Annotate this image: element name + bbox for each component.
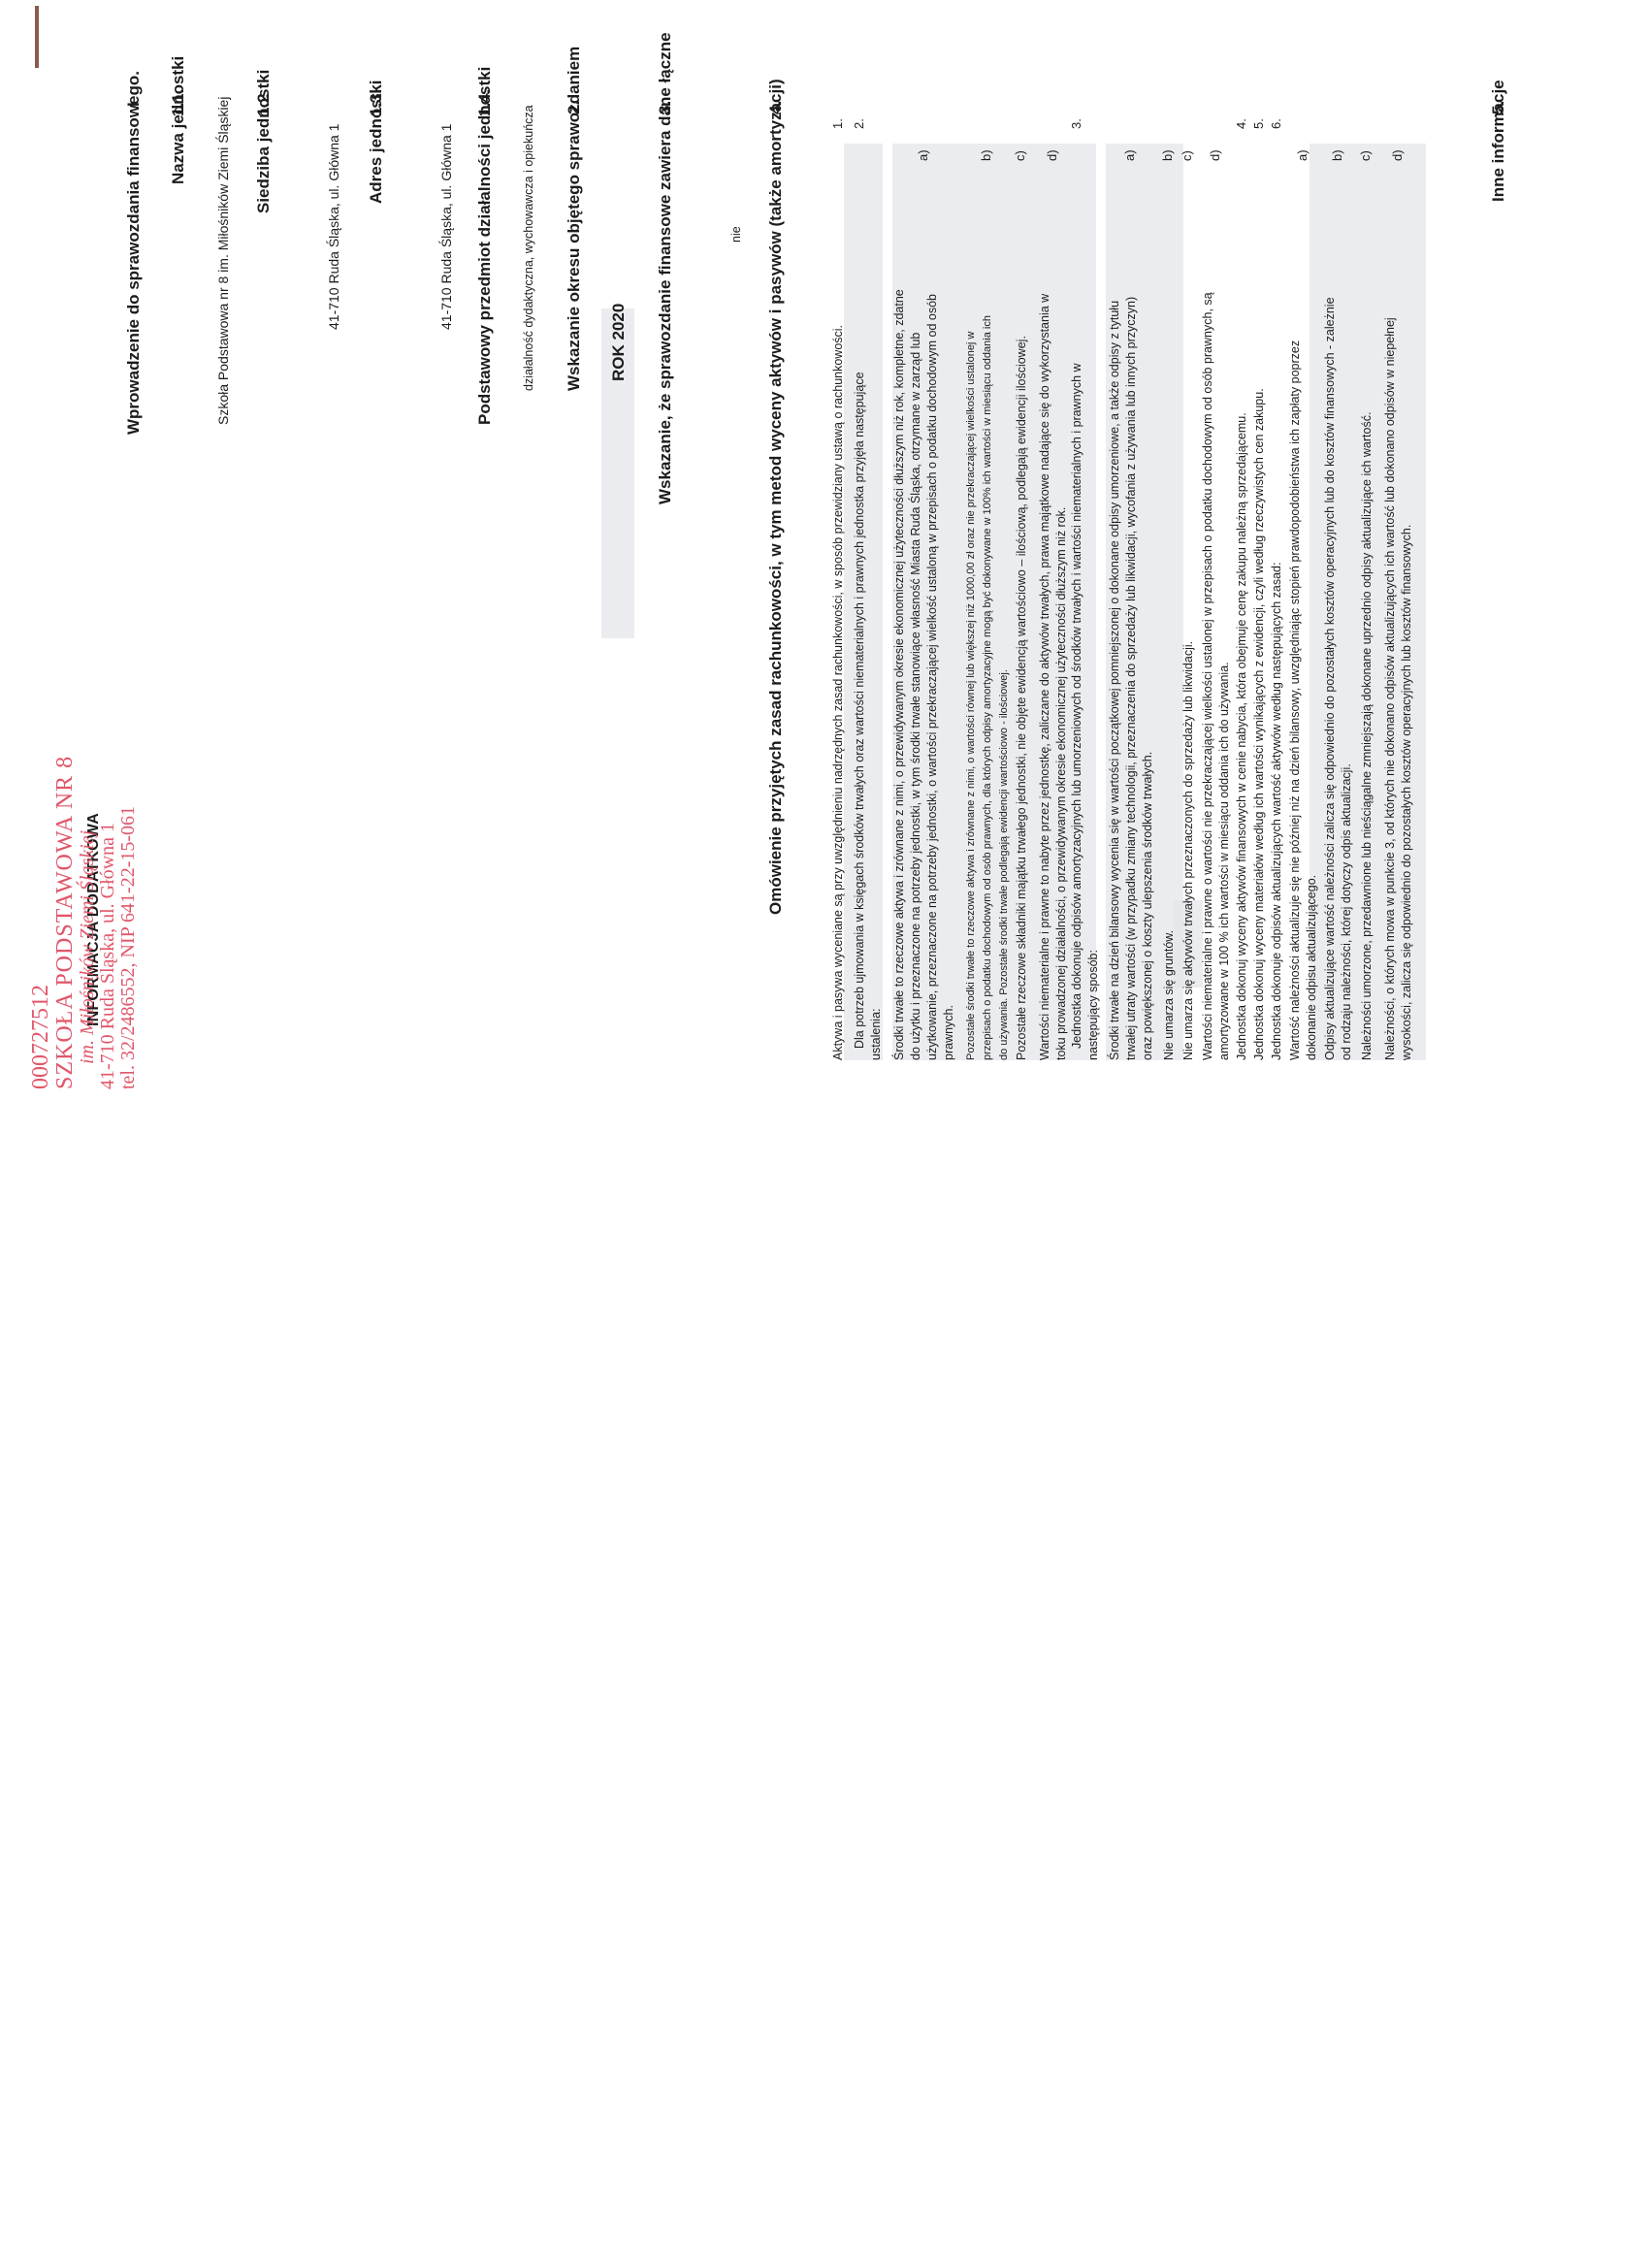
- section-heading: Wprowadzenie do sprawozdania finansowego…: [124, 71, 144, 435]
- sub-item-text: Nie umarza się gruntów.: [1160, 930, 1178, 1060]
- stamp-patron: im. Miłośników Ziemi Śląskiej: [78, 756, 98, 1089]
- sub-item-text: do użytku i przeznaczone na potrzeby jed…: [907, 333, 924, 1060]
- section-heading: Nazwa jednostki: [169, 56, 188, 184]
- sub-item-text: Wartość należności aktualizuje się nie p…: [1286, 340, 1304, 1060]
- sub-item-text: amortyzowane w 100 % ich wartości w mies…: [1215, 662, 1233, 1060]
- list-number: 6.: [1269, 118, 1283, 129]
- sub-item-text: Należności, o których mowa w punkcie 3, …: [1381, 317, 1399, 1060]
- sub-item-text: oraz powiększonej o koszty ulepszenia śr…: [1139, 752, 1156, 1060]
- sub-item-label: d): [1208, 149, 1222, 161]
- sub-item-label: a): [916, 149, 930, 161]
- unit-address-value: 41-710 Ruda Śląska, ul. Główna 1: [438, 124, 454, 330]
- list-item-text: Jednostka dokonuje odpisów amortyzacyjny…: [1068, 363, 1085, 1049]
- unit-seat-value: 41-710 Ruda Śląska, ul. Główna 1: [326, 124, 341, 330]
- sub-item-text: Pozostałe środki trwałe to rzeczowe akty…: [962, 332, 980, 1060]
- list-number: 3.: [1069, 118, 1083, 129]
- school-stamp: 000727512 SZKOŁA PODSTAWOWA NR 8 im. Mił…: [29, 756, 139, 1089]
- sub-item-text: Pozostałe rzeczowe składniki majątku trw…: [1013, 336, 1030, 1060]
- stamp-name: SZKOŁA PODSTAWOWA NR 8: [53, 756, 78, 1089]
- sub-item-label: c): [1013, 150, 1027, 161]
- document-page-rotated: INFORMACJA DODATKOWA 000727512 SZKOŁA PO…: [0, 0, 1649, 2268]
- sub-item-label: d): [1390, 149, 1405, 161]
- section-heading: Podstawowy przedmiot działalności jednos…: [475, 67, 495, 425]
- list-number: 1.: [830, 118, 845, 129]
- list-number: 2.: [852, 118, 866, 129]
- sub-item-label: b): [1160, 149, 1175, 161]
- sub-item-text: Środki trwałe na dzień bilansowy wycenia…: [1106, 301, 1123, 1060]
- sub-item-text: do używania. Pozostałe środki trwałe pod…: [995, 669, 1013, 1060]
- activity-value: działalność dydaktyczna, wychowawcza i o…: [522, 105, 535, 391]
- sub-item-label: b): [1330, 149, 1344, 161]
- sub-item-text: Wartości niematerialne i prawne to nabyt…: [1036, 294, 1053, 1060]
- sub-item-label: b): [979, 149, 993, 161]
- sub-item-text: użytkowanie, przeznaczone na potrzeby je…: [923, 294, 941, 1060]
- list-number: 5.: [1251, 118, 1266, 129]
- stamp-regon: 000727512: [29, 756, 53, 1089]
- list-item-text: następujący sposób:: [1084, 950, 1102, 1060]
- scanned-page: INFORMACJA DODATKOWA 000727512 SZKOŁA PO…: [0, 0, 1649, 2268]
- sub-item-text: Środki trwałe to rzeczowe aktywa i zrówn…: [890, 289, 908, 1060]
- section-heading: Inne informacje: [1489, 80, 1508, 202]
- list-item-text: Jednostka dokonuj wyceny materiałów wedł…: [1250, 388, 1268, 1060]
- sub-item-text: Nie umarza się aktywów trwałych przeznac…: [1180, 641, 1197, 1060]
- list-item-text: Aktywa i pasywa wyceniane są przy uwzglę…: [829, 325, 847, 1060]
- list-item-text: ustalenia:: [867, 1008, 885, 1060]
- sub-item-text: trwałej utraty wartości (w przypadku zmi…: [1122, 297, 1140, 1060]
- section-heading: Siedziba jednostki: [254, 70, 274, 213]
- stamp-address: 41-710 Ruda Śląska, ul. Główna 1: [98, 756, 118, 1089]
- sub-item-label: c): [1180, 150, 1194, 161]
- period-value: ROK 2020: [609, 304, 629, 381]
- list-item-text: Jednostka dokonuj wyceny aktywów finanso…: [1233, 412, 1250, 1060]
- sub-item-label: c): [1358, 150, 1373, 161]
- sub-item-text: od rodzaju należności, której dotyczy od…: [1338, 763, 1355, 1060]
- sub-item-label: a): [1295, 149, 1309, 161]
- list-number: 4.: [1234, 118, 1248, 129]
- sub-item-text: wysokości, zalicza się odpowiednio do po…: [1398, 525, 1415, 1060]
- combined-data-value: nie: [729, 226, 743, 243]
- sub-item-text: Wartości niematerialne i prawne o wartoś…: [1199, 292, 1216, 1060]
- section-heading: Omówienie przyjętych zasad rachunkowości…: [766, 79, 786, 915]
- sub-item-label: a): [1122, 149, 1137, 161]
- sub-item-text: Należności umorzone, przedawnione lub ni…: [1358, 412, 1375, 1060]
- stamp-contact: tel. 32/2486552, NIP 641-22-15-061: [118, 756, 139, 1089]
- sub-item-text: dokonanie odpisu aktualizującego.: [1303, 875, 1320, 1060]
- list-item-text: Jednostka dokonuje odpisów aktualizujący…: [1268, 563, 1285, 1060]
- unit-name-value: Szkoła Podstawowa nr 8 im. Miłośników Zi…: [215, 97, 231, 425]
- sub-item-label: d): [1045, 149, 1059, 161]
- list-item-text: Dla potrzeb ujmowania w księgach środków…: [851, 372, 868, 1049]
- section-heading: Wskazanie okresu objętego sprawozdaniem: [565, 47, 584, 391]
- section-heading: Adres jednostki: [367, 80, 386, 204]
- sub-item-text: Odpisy aktualizujące wartość należności …: [1321, 297, 1339, 1060]
- section-heading: Wskazanie, że sprawozdanie finansowe zaw…: [656, 32, 675, 504]
- sub-item-text: prawnych.: [940, 1005, 957, 1060]
- pen-mark: [35, 6, 39, 68]
- sub-item-text: przepisach o podatku dochodowym od osób …: [979, 315, 996, 1060]
